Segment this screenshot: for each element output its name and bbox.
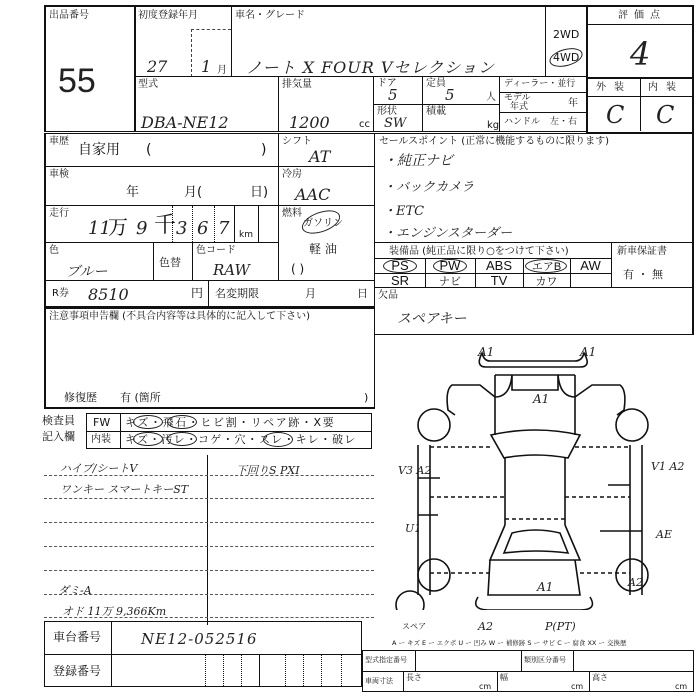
int-yogore-circle: [167, 432, 197, 446]
equip-abs: ABS: [475, 258, 523, 273]
height-unit: cm: [675, 681, 687, 692]
displacement-value: 1200: [289, 113, 330, 132]
remark-right-1: 下回りS PXI: [236, 462, 300, 478]
displacement-cell: 排気量 1200 cc: [278, 76, 374, 132]
doors-cell: ドア 5: [373, 76, 423, 105]
exterior-value: C: [606, 101, 624, 129]
fuel-gasoline: ガソリン: [303, 218, 343, 229]
capacity-cell: 定員 5 人: [422, 76, 500, 105]
sales-point-1: ・純正ナビ: [383, 150, 453, 170]
history-label: 車歴: [49, 136, 69, 147]
inspection-label: 車検: [49, 169, 69, 180]
width-unit: cm: [571, 681, 583, 692]
equip-aw: AW: [570, 258, 611, 273]
load-cell: 積載 kg: [422, 104, 500, 132]
model-code-value: DBA-NE12: [141, 113, 229, 132]
diagram-mark-front-right: A1: [580, 345, 596, 359]
width-label: 幅: [500, 672, 508, 683]
color-change-cell: 色替: [153, 242, 193, 281]
mileage-man-unit: 万: [108, 216, 128, 238]
fw-kizu-circle: [133, 415, 163, 429]
diagram-mark-right-quarter: A2: [628, 576, 643, 589]
equipment-label: 装備品 (純正品に限り○をつけて下さい): [389, 246, 569, 257]
diagram-mark-right-rear: AE: [656, 528, 672, 541]
dimensions-label: 車両寸法: [365, 676, 393, 687]
lot-label: 出品番号: [49, 10, 89, 21]
fuel-diesel: 軽 油: [309, 244, 337, 255]
recycle-label: R券: [52, 288, 69, 299]
first-registration-month: 1: [201, 57, 211, 76]
type-num-label: 類別区分番号: [524, 655, 566, 666]
length-unit: cm: [479, 681, 491, 692]
fuel-other: ( ): [291, 264, 304, 275]
handle-value: 左・右: [550, 117, 577, 128]
dealer-cell: ディーラー・並行: [499, 76, 587, 93]
doors-value: 5: [388, 86, 398, 104]
mileage-digit-2: 6: [197, 218, 208, 239]
registration-label: 登録番号: [53, 666, 101, 677]
spare-label: スペア: [402, 621, 426, 632]
interior-value: C: [656, 101, 674, 129]
lot-number: 55: [58, 62, 96, 101]
body-shape-cell: 形状 SW: [373, 104, 423, 132]
color-code-label: 色コード: [196, 245, 236, 256]
history-paren-open: (: [146, 145, 151, 156]
diagram-mark-hood: A1: [533, 392, 549, 406]
score-value: 4: [630, 35, 650, 73]
first-registration-year: 27: [147, 57, 167, 76]
repair-value: 有 (箇所: [120, 392, 161, 403]
model-code-cell: 型式 DBA-NE12: [134, 76, 279, 132]
load-label: 積載: [426, 106, 446, 117]
model-year-cell: モデル 年式 年: [499, 92, 587, 113]
history-cell: 車歴 自家用 ( ): [44, 133, 279, 167]
equip-tv: TV: [475, 273, 523, 288]
fw-tobiishi-circle: [167, 415, 197, 429]
recycle-unit: 円: [191, 288, 203, 299]
missing-box: 欠品 スペアキー: [374, 287, 694, 335]
recycle-cell: R券 8510 円: [44, 280, 209, 307]
interior-label: 内装: [648, 82, 684, 93]
warranty-value: 有 ・ 無: [623, 269, 663, 280]
body-shape-value: SW: [384, 116, 406, 131]
equip-airbag-circle: [525, 259, 567, 273]
int-kizu-circle: [133, 432, 163, 446]
handle-cell: ハンドル 左・右: [499, 112, 587, 132]
length-label: 長さ: [406, 672, 422, 683]
name-change-cell: 名変期限 月 日: [208, 280, 375, 307]
notes-label: 注意事項申告欄 (不具合内容等は具体的に記入して下さい): [49, 311, 310, 322]
diagram-mark-left-front-door: V3 A2: [398, 464, 431, 477]
fw-label: FW: [93, 417, 110, 428]
sales-point-4: ・エンジンスターダー: [383, 222, 512, 241]
mileage-unit: km: [239, 230, 253, 241]
exterior-interior-box: 外装 内装 C C: [586, 78, 694, 134]
inspection-year: 年: [126, 187, 139, 198]
recycle-value: 8510: [88, 285, 129, 304]
chassis-value: NE12-052516: [141, 630, 258, 648]
mileage-digit-1: 3: [176, 218, 187, 239]
first-registration-label: 初度登録年月: [138, 10, 198, 21]
displacement-label: 排気量: [282, 79, 312, 90]
remarks-divider: [207, 455, 208, 625]
month-unit: 月: [217, 65, 227, 76]
certified-type-label: 型式指定番号: [365, 655, 407, 666]
color-code-cell: 色コード RAW: [192, 242, 279, 281]
inspector-label-1: 検査員: [42, 415, 75, 426]
diagram-mark-trunk: A1: [537, 580, 553, 594]
remark-left-2: ワンキー スマートキーST: [60, 481, 188, 497]
chassis-box: 車台番号 NE12-052516 登録番号: [44, 621, 362, 687]
inspector-label-2: 記入欄: [42, 431, 75, 442]
car-name-value: ノート X FOUR Vセレクション: [246, 55, 495, 78]
inspector-box: FW キズ・飛石・ヒビ割・リペア跡・X要 内装 キズ・汚レ・コゲ・穴・スレ・キレ…: [86, 413, 372, 449]
sales-point-3: ・ETC: [383, 200, 424, 219]
diagram-mark-right-front-door: V1 A2: [651, 460, 684, 473]
mileage-label: 走行: [49, 208, 69, 219]
diagram-mark-rear-bumper-left: A2: [478, 620, 493, 633]
diagram-mark-rear-bumper-right: P(PT): [545, 620, 576, 633]
missing-value: スペアキー: [397, 308, 466, 328]
shift-label: シフト: [282, 136, 312, 147]
missing-label: 欠品: [378, 290, 398, 301]
chassis-label: 車台番号: [53, 632, 101, 643]
color-label: 色: [49, 245, 59, 256]
handle-label: ハンドル: [504, 117, 540, 128]
remark-left-6: オド 11万 9,366Km: [62, 603, 166, 619]
diagram-mark-front-left: A1: [478, 345, 494, 359]
lot-box: 出品番号 55: [44, 5, 136, 132]
equipment-box: 装備品 (純正品に限り○をつけて下さい) 新車保証書 有 ・ 無 PS PW A…: [374, 242, 694, 288]
first-registration-cell: 初度登録年月 27 1 月: [134, 5, 232, 77]
drive-cell: 2WD 4WD: [545, 5, 587, 77]
diagram-mark-left-rear: U1: [405, 522, 421, 535]
load-unit: kg: [487, 120, 499, 131]
color-value: ブルー: [66, 261, 107, 281]
name-change-month: 月: [305, 288, 316, 299]
fuel-label: 燃料: [282, 208, 302, 219]
capacity-value: 5: [445, 86, 455, 104]
int-sure-circle: [263, 432, 293, 447]
name-change-day: 日: [357, 288, 368, 299]
remark-left-1: ハイブ/シートV: [60, 460, 137, 476]
equip-sr: SR: [375, 273, 425, 288]
equip-pw-circle: [433, 259, 467, 273]
inspection-month: 月(: [184, 187, 202, 198]
remark-left-5: ダミ-A: [58, 582, 92, 598]
fuel-cell: 燃料 ガソリン 軽 油 ( ): [278, 205, 375, 281]
equip-ps-circle: [383, 259, 417, 273]
aircon-cell: 冷房 AAC: [278, 166, 375, 206]
score-box: 評価点 4: [586, 5, 694, 79]
displacement-unit: cc: [359, 119, 370, 130]
type-cert-box: 型式指定番号 類別区分番号 車両寸法 長さ cm 幅 cm 高さ cm: [362, 650, 694, 692]
shift-cell: シフト AT: [278, 133, 375, 167]
shift-value: AT: [309, 147, 330, 166]
score-label: 評価点: [618, 10, 666, 21]
aircon-value: AAC: [295, 185, 330, 204]
notes-box: 注意事項申告欄 (不具合内容等は具体的に記入して下さい) 修復歴 有 (箇所 ): [44, 307, 375, 409]
int-label: 内装: [91, 434, 111, 445]
drive-4wd: 4WD: [553, 52, 579, 63]
dealer-label: ディーラー・並行: [504, 79, 575, 90]
drive-2wd: 2WD: [553, 29, 579, 40]
name-change-label: 名変期限: [215, 288, 259, 299]
history-paren-close: ): [261, 145, 266, 156]
color-cell: 色 ブルー: [44, 242, 154, 281]
sales-points-box: セールスポイント (正常に機能するものに限ります) ・純正ナビ ・バックカメラ …: [374, 133, 694, 243]
height-label: 高さ: [592, 672, 608, 683]
history-value: 自家用: [78, 145, 120, 156]
damage-legend: A ー キズ E ー エクボ U ー 凹み W ー 補修跡 S ー サビ C ー…: [392, 638, 627, 649]
mileage-cell: 走行 11 万 9 千 3 6 7 km: [44, 205, 279, 243]
color-code-value: RAW: [213, 261, 250, 279]
capacity-label: 定員: [426, 78, 446, 89]
sales-points-label: セールスポイント (正常に機能するものに限ります): [379, 136, 609, 147]
inspection-cell: 車検 年 月( 日): [44, 166, 279, 206]
exterior-label: 外装: [596, 82, 632, 93]
model-code-label: 型式: [138, 79, 158, 90]
warranty-label: 新車保証書: [617, 246, 667, 257]
car-name-label: 車名・グレード: [235, 10, 305, 21]
color-change-label: 色替: [159, 257, 181, 268]
mileage-digit-3: 7: [218, 218, 229, 239]
sales-point-2: ・バックカメラ: [383, 176, 474, 195]
repair-label: 修復歴: [64, 392, 97, 403]
model-year-unit: 年: [568, 98, 578, 109]
capacity-unit: 人: [486, 92, 496, 103]
car-name-cell: 車名・グレード ノート X FOUR Vセレクション: [231, 5, 546, 77]
aircon-label: 冷房: [282, 169, 302, 180]
mileage-sen: 9: [136, 218, 147, 239]
repair-close: ): [364, 392, 368, 403]
inspection-day: 日): [250, 187, 268, 198]
